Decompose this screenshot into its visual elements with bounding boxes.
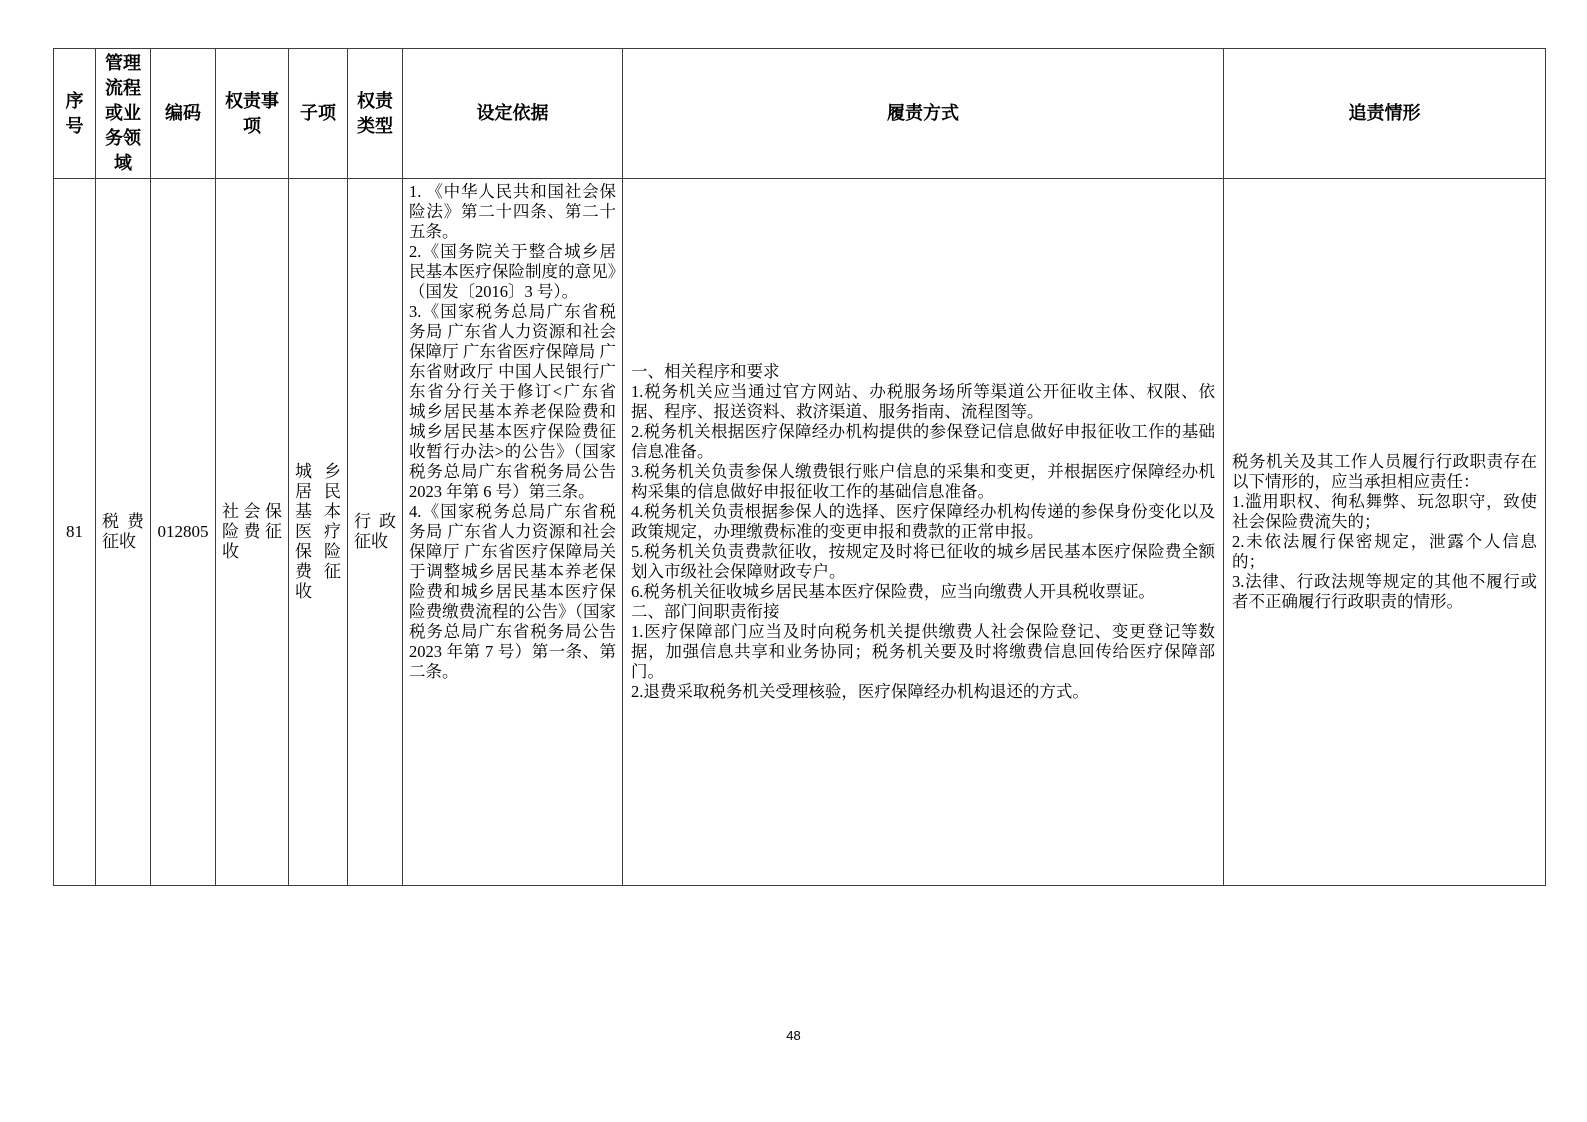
cell-accountability: 税务机关及其工作人员履行行政职责存在以下情形的，应当承担相应责任： 1.滥用职权… xyxy=(1224,179,1546,886)
cell-code: 012805 xyxy=(151,179,216,886)
header-matter: 权责事项 xyxy=(216,49,289,179)
header-serial-number: 序号 xyxy=(54,49,96,179)
header-code: 编码 xyxy=(151,49,216,179)
table-row: 81 税费征收 012805 社会保险费征收 城乡居民基本医疗保险费征收 行政征… xyxy=(54,179,1546,886)
header-performance-method: 履责方式 xyxy=(623,49,1224,179)
cell-serial-number: 81 xyxy=(54,179,96,886)
page-number: 48 xyxy=(0,1028,1587,1043)
cell-sub-item: 城乡居民基本医疗保险费征收 xyxy=(289,179,348,886)
responsibility-list-table: 序号 管理流程或业务领域 编码 权责事项 子项 权责类型 设定依据 履责方式 追… xyxy=(53,48,1546,886)
table-header-row: 序号 管理流程或业务领域 编码 权责事项 子项 权责类型 设定依据 履责方式 追… xyxy=(54,49,1546,179)
document-page: 序号 管理流程或业务领域 编码 权责事项 子项 权责类型 设定依据 履责方式 追… xyxy=(0,0,1587,1122)
cell-matter: 社会保险费征收 xyxy=(216,179,289,886)
cell-business-area: 税费征收 xyxy=(96,179,151,886)
header-accountability: 追责情形 xyxy=(1224,49,1546,179)
cell-power-type: 行政征收 xyxy=(348,179,403,886)
header-legal-basis: 设定依据 xyxy=(403,49,623,179)
header-power-type: 权责类型 xyxy=(348,49,403,179)
header-sub-item: 子项 xyxy=(289,49,348,179)
cell-performance-method: 一、相关程序和要求 1.税务机关应当通过官方网站、办税服务场所等渠道公开征收主体… xyxy=(623,179,1224,886)
header-business-area: 管理流程或业务领域 xyxy=(96,49,151,179)
cell-legal-basis: 1. 《中华人民共和国社会保险法》第二十四条、第二十五条。 2.《国务院关于整合… xyxy=(403,179,623,886)
